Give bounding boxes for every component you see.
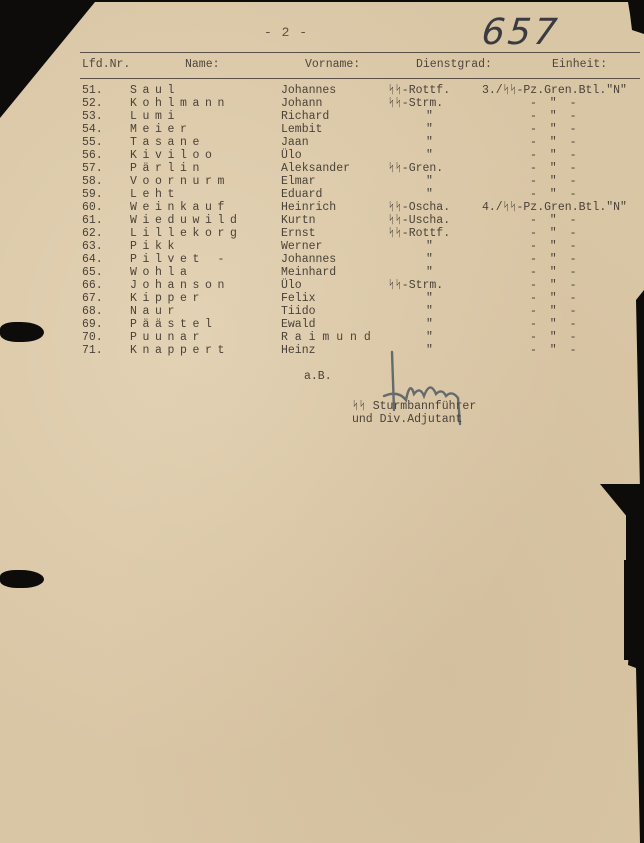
- row-vorname: Richard: [281, 110, 329, 123]
- row-name: Wohla: [130, 266, 193, 279]
- row-name: Päästel: [130, 318, 218, 331]
- row-einheit: - " -: [530, 305, 580, 318]
- row-dienstgrad: ᛋᛋ-Strm.: [388, 97, 443, 110]
- archive-stamp-number: 657: [480, 12, 562, 53]
- row-number: 65.: [82, 266, 103, 279]
- row-einheit: - " -: [530, 149, 580, 162]
- row-einheit: - " -: [530, 240, 580, 253]
- row-einheit: - " -: [530, 292, 580, 305]
- row-vorname: Johannes: [281, 253, 336, 266]
- row-dienstgrad: ": [426, 240, 433, 253]
- row-vorname: Ernst: [281, 227, 316, 240]
- row-vorname: Johann: [281, 97, 322, 110]
- row-vorname: Kurtn: [281, 214, 316, 227]
- row-vorname: Felix: [281, 292, 316, 305]
- row-number: 55.: [82, 136, 103, 149]
- row-dienstgrad: ᛋᛋ-Oscha.: [388, 201, 450, 214]
- row-dienstgrad: ᛋᛋ-Strm.: [388, 279, 443, 292]
- signoff-title-line1: ᛋᛋ Sturmbannführer: [352, 400, 476, 413]
- header-einheit: Einheit:: [552, 58, 607, 71]
- row-name: Pilvet -: [130, 253, 230, 266]
- row-number: 58.: [82, 175, 103, 188]
- header-vorname: Vorname:: [305, 58, 360, 71]
- row-vorname: Lembit: [281, 123, 322, 136]
- row-number: 60.: [82, 201, 103, 214]
- row-number: 68.: [82, 305, 103, 318]
- header-rule-top: [80, 52, 640, 53]
- row-name: Johanson: [130, 279, 230, 292]
- row-vorname: Johannes: [281, 84, 336, 97]
- row-vorname: Heinz: [281, 344, 316, 357]
- row-vorname: Aleksander: [281, 162, 350, 175]
- row-einheit: - " -: [530, 97, 580, 110]
- header-name: Name:: [185, 58, 220, 71]
- row-vorname: Meinhard: [281, 266, 336, 279]
- row-number: 61.: [82, 214, 103, 227]
- signoff-title-line2: und Div.Adjutant: [352, 413, 476, 426]
- row-vorname: Tiido: [281, 305, 316, 318]
- row-vorname: Jaan: [281, 136, 309, 149]
- row-einheit: - " -: [530, 214, 580, 227]
- row-einheit: - " -: [530, 136, 580, 149]
- row-einheit: - " -: [530, 344, 580, 357]
- row-dienstgrad: ": [426, 110, 433, 123]
- row-name: Saul: [130, 84, 180, 97]
- row-vorname: Ülo: [281, 279, 302, 292]
- row-name: Naur: [130, 305, 180, 318]
- row-dienstgrad: ": [426, 136, 433, 149]
- row-einheit: - " -: [530, 175, 580, 188]
- header-nr: Lfd.Nr.: [82, 58, 130, 71]
- header-rule-bottom: [80, 78, 640, 79]
- row-dienstgrad: ": [426, 253, 433, 266]
- row-vorname: Heinrich: [281, 201, 336, 214]
- signoff-title: ᛋᛋ Sturmbannführer und Div.Adjutant: [352, 400, 476, 426]
- row-einheit: - " -: [530, 253, 580, 266]
- document-page: - 2 - 657 Lfd.Nr. Name: Vorname: Dienstg…: [0, 0, 644, 843]
- row-dienstgrad: ": [426, 305, 433, 318]
- row-name: Meier: [130, 123, 193, 136]
- row-name: Kipper: [130, 292, 205, 305]
- row-number: 52.: [82, 97, 103, 110]
- row-dienstgrad: ": [426, 175, 433, 188]
- row-number: 66.: [82, 279, 103, 292]
- row-name: Puunar: [130, 331, 205, 344]
- torn-edge: [624, 560, 644, 660]
- row-name: Wieduwild: [130, 214, 243, 227]
- row-number: 54.: [82, 123, 103, 136]
- row-dienstgrad: ᛋᛋ-Rottf.: [388, 84, 450, 97]
- row-name: Kiviloo: [130, 149, 218, 162]
- row-name: Weinkauf: [130, 201, 230, 214]
- row-name: Knappert: [130, 344, 230, 357]
- row-name: Voornurm: [130, 175, 230, 188]
- row-vorname: Eduard: [281, 188, 322, 201]
- row-einheit: - " -: [530, 227, 580, 240]
- signoff-ab: a.B.: [304, 370, 332, 383]
- row-vorname: Elmar: [281, 175, 316, 188]
- row-einheit: 3./ᛋᛋ-Pz.Gren.Btl."N": [482, 84, 627, 97]
- row-dienstgrad: ": [426, 149, 433, 162]
- row-name: Leht: [130, 188, 180, 201]
- row-number: 56.: [82, 149, 103, 162]
- torn-edge: [0, 570, 44, 588]
- row-einheit: - " -: [530, 123, 580, 136]
- page-number: - 2 -: [264, 25, 308, 40]
- row-number: 59.: [82, 188, 103, 201]
- row-dienstgrad: ": [426, 292, 433, 305]
- row-einheit: - " -: [530, 318, 580, 331]
- row-dienstgrad: ": [426, 318, 433, 331]
- row-dienstgrad: ᛋᛋ-Uscha.: [388, 214, 450, 227]
- row-number: 62.: [82, 227, 103, 240]
- torn-edge: [0, 322, 44, 342]
- row-number: 69.: [82, 318, 103, 331]
- row-number: 57.: [82, 162, 103, 175]
- row-number: 71.: [82, 344, 103, 357]
- row-dienstgrad: ᛋᛋ-Gren.: [388, 162, 443, 175]
- row-number: 53.: [82, 110, 103, 123]
- row-vorname: Ülo: [281, 149, 302, 162]
- row-einheit: - " -: [530, 110, 580, 123]
- row-name: Pärlin: [130, 162, 205, 175]
- row-einheit: - " -: [530, 266, 580, 279]
- row-dienstgrad: ᛋᛋ-Rottf.: [388, 227, 450, 240]
- row-einheit: - " -: [530, 331, 580, 344]
- row-number: 51.: [82, 84, 103, 97]
- row-vorname: Werner: [281, 240, 322, 253]
- row-number: 64.: [82, 253, 103, 266]
- row-einheit: - " -: [530, 279, 580, 292]
- row-name: Tasane: [130, 136, 205, 149]
- row-number: 67.: [82, 292, 103, 305]
- row-einheit: - " -: [530, 188, 580, 201]
- row-dienstgrad: ": [426, 331, 433, 344]
- row-vorname: R a i m u n d: [281, 331, 371, 344]
- row-dienstgrad: ": [426, 266, 433, 279]
- row-dienstgrad: ": [426, 123, 433, 136]
- row-name: Kohlmann: [130, 97, 230, 110]
- row-einheit: - " -: [530, 162, 580, 175]
- row-dienstgrad: ": [426, 188, 433, 201]
- row-vorname: Ewald: [281, 318, 316, 331]
- row-einheit: 4./ᛋᛋ-Pz.Gren.Btl."N": [482, 201, 627, 214]
- row-number: 63.: [82, 240, 103, 253]
- row-number: 70.: [82, 331, 103, 344]
- header-dienstgrad: Dienstgrad:: [416, 58, 492, 71]
- row-name: Lillekorg: [130, 227, 243, 240]
- row-name: Lumi: [130, 110, 180, 123]
- row-name: Pikk: [130, 240, 180, 253]
